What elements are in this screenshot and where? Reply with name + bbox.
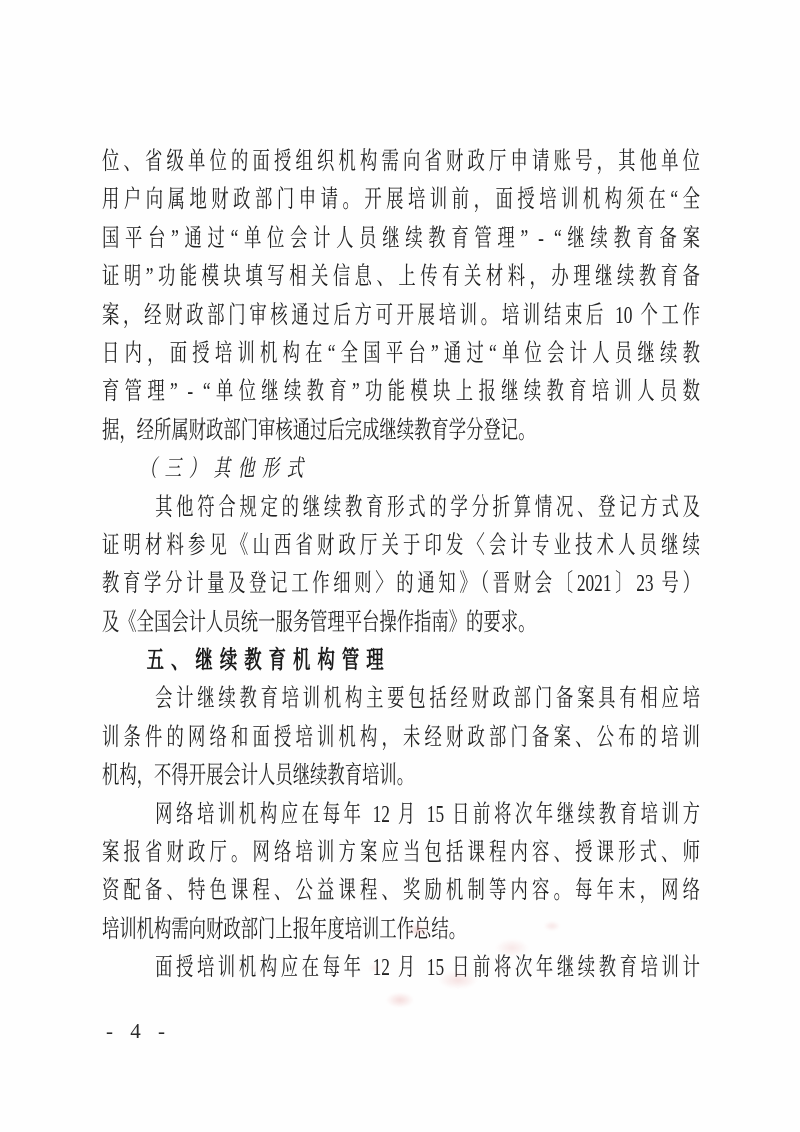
text-line: 国平台”通过“单位会计人员继续教育管理” - “继续教育备案 — [102, 220, 700, 258]
text-line: 证明材料参见《山西省财政厅关于印发〈会计专业技术人员继续 — [102, 527, 700, 565]
text-line: 案，经财政部门审核通过后方可开展培训。培训结束后 10 个工作 — [102, 297, 700, 335]
heading-line: （三）其他形式 — [102, 450, 700, 488]
text-line: 据，经所属财政部门审核通过后完成继续教育学分登记。 — [102, 412, 700, 450]
text-line: 资配备、特色课程、公益课程、奖励机制等内容。每年末，网络 — [102, 872, 700, 910]
text-line: 位、省级单位的面授组织机构需向省财政厅申请账号，其他单位 — [102, 143, 700, 181]
page-number: - 4 - — [106, 1019, 168, 1044]
text-line: 用户向属地财政部门申请。开展培训前，面授培训机构须在“全 — [102, 181, 700, 219]
text-line: 及《全国会计人员统一服务管理平台操作指南》的要求。 — [102, 604, 700, 642]
heading-line: 五、继续教育机构管理 — [102, 642, 700, 680]
text-line: 会计继续教育培训机构主要包括经财政部门备案具有相应培 — [102, 680, 700, 718]
text-line: 面授培训机构应在每年 12 月 15 日前将次年继续教育培训计 — [102, 949, 700, 987]
text-line: 案报省财政厅。网络培训方案应当包括课程内容、授课形式、师 — [102, 834, 700, 872]
text-line: 育管理” - “单位继续教育”功能模块上报继续教育培训人员数 — [102, 373, 700, 411]
text-line: 证明”功能模块填写相关信息、上传有关材料，办理继续教育备 — [102, 258, 700, 296]
scanned-document-page: 位、省级单位的面授组织机构需向省财政厅申请账号，其他单位用户向属地财政部门申请。… — [0, 0, 800, 1132]
text-line: 培训机构需向财政部门上报年度培训工作总结。 — [102, 911, 700, 949]
text-line: 训条件的网络和面授培训机构，未经财政部门备案、公布的培训 — [102, 719, 700, 757]
text-line: 机构，不得开展会计人员继续教育培训。 — [102, 757, 700, 795]
text-line: 其他符合规定的继续教育形式的学分折算情况、登记方式及 — [102, 489, 700, 527]
text-line: 日内，面授培训机构在“全国平台”通过“单位会计人员继续教 — [102, 335, 700, 373]
text-line: 教育学分计量及登记工作细则〉的通知》（晋财会〔2021〕23 号） — [102, 565, 700, 603]
document-text-block: 位、省级单位的面授组织机构需向省财政厅申请账号，其他单位用户向属地财政部门申请。… — [102, 143, 700, 988]
text-line: 网络培训机构应在每年 12 月 15 日前将次年继续教育培训方 — [102, 796, 700, 834]
